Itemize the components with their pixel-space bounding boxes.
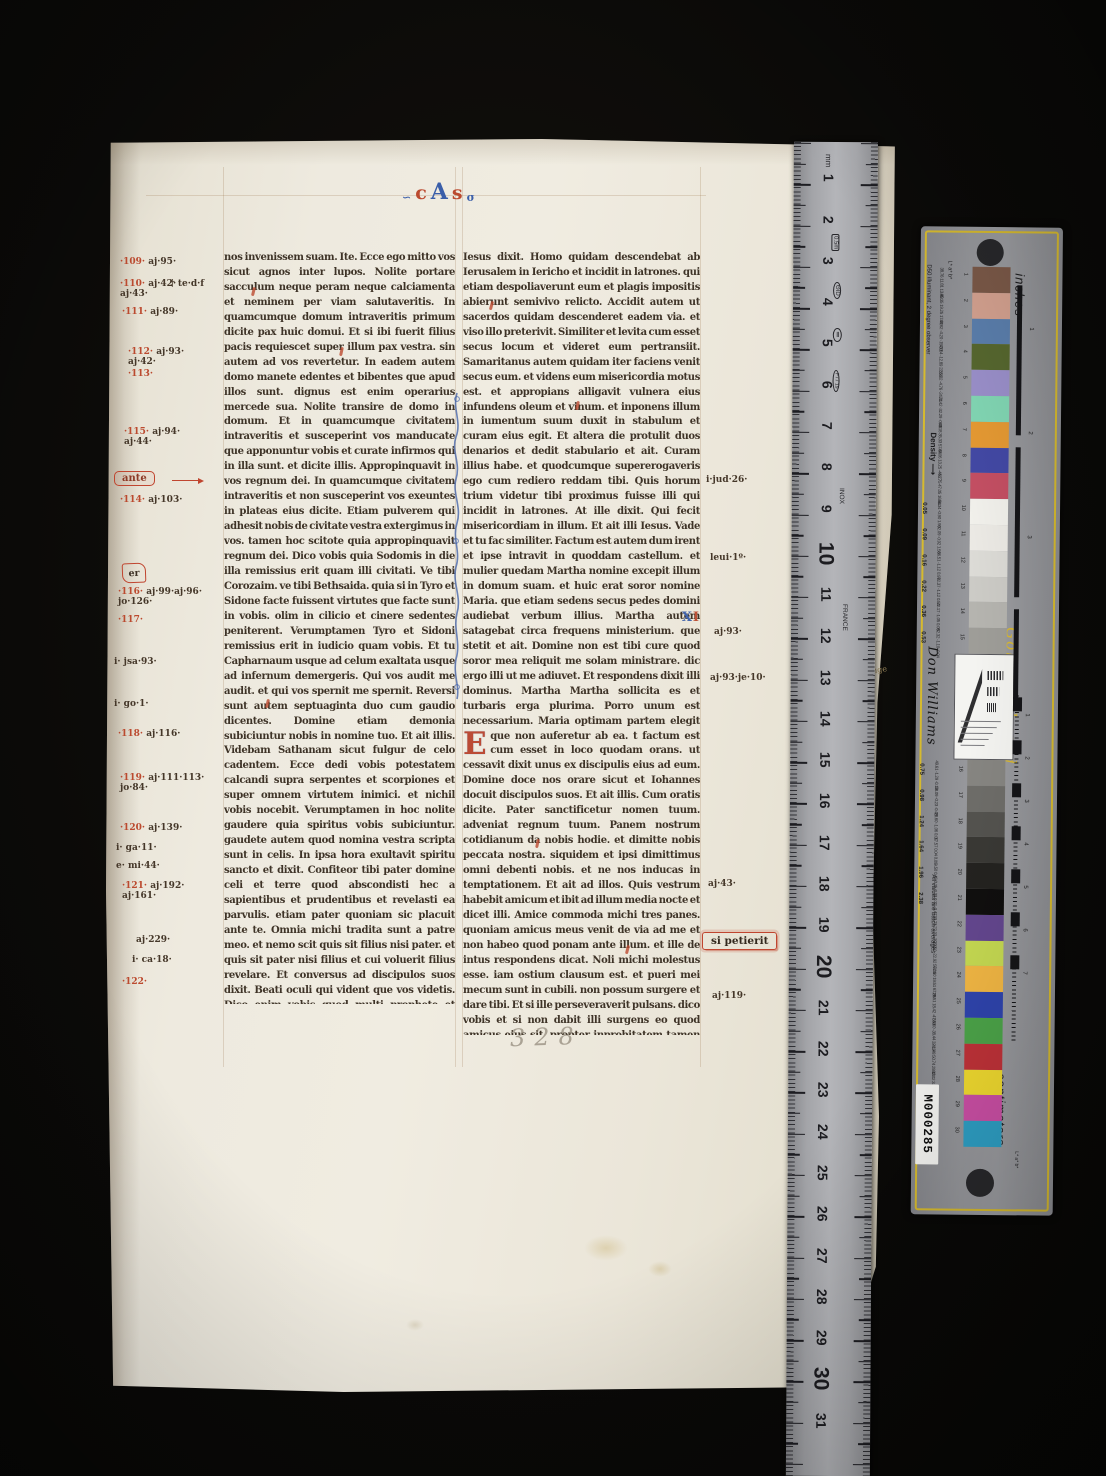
patch-number: 13: [959, 582, 965, 588]
margin-note: aj·93·je·10·: [710, 673, 766, 683]
ruler-number: 22: [815, 1041, 831, 1057]
ruler-cm-tick: [790, 803, 807, 804]
margin-note: ·121· aj·192· aj·161·: [122, 881, 184, 901]
ruler-half-cm-tick: [794, 163, 806, 164]
color-patch: [966, 914, 1004, 940]
ruler-half-cm-tick: [793, 246, 805, 247]
ruler-half-cm-tick: [792, 535, 804, 536]
margin-note: aj·229·: [136, 935, 170, 945]
margin-note-text: ·116·: [118, 587, 143, 597]
ruler-cm-tick: [786, 1464, 803, 1465]
ruler-half-cm-tick: [790, 865, 802, 866]
ruler-cm-tick: [857, 804, 874, 805]
patch-density-value: 2.38: [917, 892, 923, 904]
ruler-half-cm-tick: [862, 824, 874, 825]
ruler-cm-tick: [857, 762, 874, 763]
ruler-half-cm-tick: [793, 287, 805, 288]
ruler-cm-tick: [856, 969, 873, 970]
ruler-number: 10: [813, 542, 837, 566]
margin-note-text: ·113·: [128, 369, 153, 379]
patch-number: 12: [959, 556, 965, 562]
ruler-half-cm-tick: [789, 906, 801, 907]
ruler-half-cm-tick: [861, 907, 873, 908]
ruler-cm-tick: [857, 845, 874, 846]
ruler-cm-tick: [853, 1423, 870, 1424]
ruler-cm-tick: [793, 225, 810, 226]
color-patch-row: 1095.34 -0.90 1.900.05: [970, 499, 1008, 525]
ruler-number: 24: [815, 1124, 831, 1140]
ruler-cm-tick: [855, 1134, 872, 1135]
margin-note-text: i· ca·18·: [132, 955, 172, 965]
margin-note: ·118· aj·116·: [118, 729, 180, 739]
ruler-half-cm-tick: [861, 989, 873, 990]
ruler-half-cm-tick: [863, 618, 875, 619]
metric-ruler: mm 1234567891011121314151617181920212223…: [786, 142, 878, 1476]
margin-note-text: aj·93·: [714, 627, 742, 637]
ruler-half-cm-tick: [862, 742, 874, 743]
color-patch: [971, 370, 1009, 396]
patch-lab-values: 92.09 -0.92 1.56: [936, 525, 941, 553]
ruler-cm-tick: [858, 556, 875, 557]
ruler-cm-tick: [787, 1257, 804, 1258]
stain: [406, 1319, 424, 1331]
color-patch-row: 670.42 -32.29 -0.48: [971, 396, 1009, 422]
ruler-number: 31: [813, 1413, 829, 1429]
margin-note-text: i· ga·11·: [116, 843, 157, 853]
ruler-number: 21: [816, 1000, 832, 1016]
ruler-number: 16: [817, 793, 833, 809]
ruler-number: 19: [816, 917, 832, 933]
ruler-number: 17: [817, 835, 833, 851]
ruler-mark: ΘID: [833, 282, 841, 299]
color-patch: [966, 863, 1004, 889]
ruler-half-cm-tick: [787, 1237, 799, 1238]
color-patch-row: 1828.60 -1.06 0.071.24: [967, 811, 1005, 837]
ruler-half-cm-tick: [788, 1113, 800, 1114]
margin-note-text: aj·93·je·10·: [710, 673, 766, 683]
patch-number: 16: [957, 766, 963, 772]
ruler-cm-tick: [792, 432, 809, 433]
ruler-half-cm-tick: [787, 1360, 799, 1361]
margin-note-text: ·121·: [122, 881, 147, 891]
patch-number: 11: [960, 531, 966, 537]
patch-number: 10: [960, 505, 966, 511]
color-patch: [967, 760, 1005, 786]
cm-scale-bar: [1012, 826, 1021, 840]
cm-scale-number: 6: [1022, 928, 1028, 931]
ruler-cm-tick: [857, 721, 874, 722]
patch-number: 6: [961, 402, 967, 405]
ruler-number: 27: [814, 1247, 830, 1263]
ruler-half-cm-tick: [866, 205, 878, 206]
ruler-mark: INOX: [838, 488, 845, 504]
ruler-cm-tick: [790, 762, 807, 763]
color-patch-row: 349.62 -4.20 -15.33: [972, 318, 1010, 344]
patch-density-value: 0.05: [921, 502, 927, 514]
patch-number: 29: [954, 1101, 960, 1107]
ruler-half-cm-tick: [861, 1031, 873, 1032]
ruler-half-cm-tick: [864, 535, 876, 536]
patch-number: 2: [962, 298, 968, 301]
patch-lab-values: 82.37 -1.12 0.54: [935, 577, 940, 605]
patch-number: 22: [956, 920, 962, 926]
patch-column: 138.76 11.81 13.40265.35 19.25 17.92349.…: [963, 267, 1010, 1147]
ruler-cm-tick: [789, 968, 806, 969]
patch-density-value: 0.09: [921, 528, 927, 540]
si-petierit-label: si petierit: [711, 935, 768, 947]
margin-note-text: ·122·: [122, 977, 147, 987]
cm-scale-bar: [1010, 955, 1019, 969]
ruler-half-cm-tick: [865, 370, 877, 371]
text-column-left: nos invenissem suam. Ite. Ecce ego mitto…: [224, 251, 455, 1004]
ruler-cm-tick: [860, 308, 877, 309]
cm-scale-number: 1: [1024, 713, 1030, 716]
ruler-cm-tick: [789, 886, 806, 887]
color-patch: [964, 1069, 1002, 1095]
ruler-half-cm-tick: [791, 617, 803, 618]
cm-scale-bar: [1011, 869, 1020, 883]
running-header: ∽cAsσ: [402, 169, 475, 203]
resolution-bars: [987, 671, 1003, 680]
resolution-bars: [987, 687, 999, 696]
patch-density-value: 1.24: [918, 815, 924, 827]
color-patch: [966, 889, 1004, 915]
color-patch-row: 2372.50 -22.92 56.06: [965, 940, 1003, 966]
color-patch: [969, 576, 1007, 602]
header-letter: c: [415, 184, 427, 203]
header-letter: ∽: [402, 192, 411, 203]
target-id-text: M000285: [920, 1095, 935, 1155]
color-patch-row: 265.35 19.25 17.92: [972, 293, 1010, 319]
ruler-cm-tick: [854, 1340, 871, 1341]
ruler-number: 29: [814, 1330, 830, 1346]
patch-number: 15: [959, 634, 965, 640]
margin-note: ·116· aj·99·aj·96· jo·126·: [118, 587, 202, 607]
ruler-cm-tick: [791, 638, 808, 639]
ruler-cm-tick: [787, 1216, 804, 1217]
color-patch: [972, 318, 1010, 344]
ruler-cm-tick: [853, 1464, 870, 1465]
ruler-cm-tick: [856, 1010, 873, 1011]
patch-number: 9: [960, 479, 966, 482]
color-patch-row: 1192.09 -0.92 1.560.09: [970, 525, 1008, 551]
cm-scale-number: 5: [1022, 885, 1028, 888]
patch-density-value: 0.22: [920, 580, 926, 592]
ruler-half-cm-tick: [790, 824, 802, 825]
ruler-number: 1: [821, 174, 837, 182]
resolution-bars: [987, 703, 996, 712]
color-patch-row: 2472.10 19.51 67.85: [965, 966, 1003, 992]
cm-scale-bar: [1012, 783, 1021, 797]
lab-header-bottom: L* a* b*: [1013, 1151, 1019, 1168]
column-right-text-before: Iesus dixit. Homo quidam descendebat ab …: [463, 252, 700, 742]
ruler-number: 12: [818, 628, 834, 644]
cm-scale-bar: [1011, 912, 1020, 926]
margin-note: aj·43·: [708, 879, 736, 889]
ruler-cm-tick: [855, 1175, 872, 1176]
ruler-half-cm-tick: [793, 328, 805, 329]
ruler-number: 8: [819, 463, 835, 471]
ruler-cm-tick: [859, 515, 876, 516]
header-letter: A: [431, 181, 448, 203]
ruler-half-cm-tick: [789, 948, 801, 949]
ruler-half-cm-tick: [862, 866, 874, 867]
ruler-unit-label: mm: [824, 154, 833, 167]
margin-note-text: aj·116·: [143, 729, 180, 739]
color-patch-row: 138.76 11.81 13.40: [972, 267, 1010, 293]
color-patch: [963, 1121, 1001, 1147]
ruler-mm-ticks-right: [863, 142, 878, 1476]
color-patch: [969, 551, 1007, 577]
patch-lab-values: 95.34 -0.90 1.90: [936, 500, 941, 528]
ruler-cm-tick: [790, 844, 807, 845]
color-patch: [964, 1095, 1002, 1121]
color-patch: [970, 447, 1008, 473]
ruler-mark: Ⅱ: [833, 328, 842, 342]
margin-note-text: aj·229·: [136, 935, 170, 945]
patch-number: 19: [956, 843, 962, 849]
ruler-half-cm-tick: [860, 1196, 872, 1197]
resolution-test-pattern: [953, 654, 1014, 761]
margin-note-text: ·115·: [124, 427, 149, 437]
ruler-number: 18: [816, 876, 832, 892]
ruler-half-cm-tick: [864, 494, 876, 495]
color-patch-row: 2882.02 3.28 78.79: [964, 1069, 1002, 1095]
color-patch: [965, 992, 1003, 1018]
ruler-half-cm-tick: [860, 1155, 872, 1156]
color-patch: [967, 786, 1005, 812]
margin-note: ·114· aj·103·: [120, 495, 182, 505]
color-patch-row: 1472.17 -1.05 0.080.36: [969, 602, 1007, 628]
ruler-mark: 0.5m: [831, 234, 839, 251]
ruler-number: 14: [817, 711, 833, 727]
ruler-cm-tick: [860, 226, 877, 227]
color-calibration-target: inches centimeters Golden Thread Don Wil…: [911, 226, 1063, 1215]
patch-lab-values: 9.50 0.45 0.25: [932, 864, 937, 889]
stain: [584, 1235, 628, 1261]
margin-note-text: aj·89·: [147, 307, 178, 317]
ruler-cm-tick: [788, 1175, 805, 1176]
ruler-cm-tick: [855, 1051, 872, 1052]
patch-number: 8: [961, 453, 967, 456]
ruler-cm-tick: [787, 1299, 804, 1300]
ruler-cm-tick: [788, 1133, 805, 1134]
color-patch: [965, 966, 1003, 992]
margin-note-text: i· jsa·93·: [114, 657, 157, 667]
color-patch-row: 2952.85 45.90 -12.86: [964, 1095, 1002, 1121]
color-patch: [970, 499, 1008, 525]
patch-number: 26: [955, 1024, 961, 1030]
patch-number: 14: [959, 608, 965, 614]
ante-label: ante: [122, 473, 147, 484]
illuminant-note: D50 illuminant, 2 degree observer: [925, 264, 932, 354]
color-patch-row: 214.33 0.32 -0.472.38: [966, 889, 1004, 915]
color-patch: [967, 811, 1005, 837]
ruler-half-cm-tick: [866, 164, 878, 165]
inch-scale-number: 1: [1028, 327, 1034, 330]
ruling-line: [455, 167, 456, 1067]
binding-gutter: [106, 139, 140, 1392]
margin-note-text: ·118·: [118, 729, 143, 739]
ruler-cm-tick: [855, 1093, 872, 1094]
margin-note: ·110· aj·42· aj·43·: [120, 279, 176, 299]
ruler-number: 23: [815, 1082, 831, 1098]
ruler-half-cm-tick: [790, 783, 802, 784]
ruler-half-cm-tick: [792, 411, 804, 412]
ruler-half-cm-tick: [790, 741, 802, 742]
ruler-number: 5: [820, 339, 836, 347]
margin-note: aj·93·: [714, 627, 742, 637]
ruler-cm-tick: [861, 184, 878, 185]
ruler-cm-tick: [861, 143, 878, 144]
color-patch-row: 1917.57 0.04 0.091.64: [966, 837, 1004, 863]
ante-arrow-flourish: [172, 480, 202, 481]
ruler-cm-tick: [788, 1092, 805, 1093]
ruler-half-cm-tick: [859, 1361, 871, 1362]
patch-number: 3: [962, 324, 968, 327]
ruler-half-cm-tick: [788, 1154, 800, 1155]
ruler-cm-tick: [860, 350, 877, 351]
cm-scale-number: 4: [1023, 842, 1029, 845]
patch-lab-values: 4.33 0.32 -0.47: [932, 889, 937, 915]
ruler-cm-tick: [793, 349, 810, 350]
patch-number: 23: [955, 946, 961, 952]
patch-lab-values: 17.57 0.04 0.09: [932, 838, 937, 865]
ruler-number: 30: [808, 1367, 832, 1391]
margin-note: ·122·: [122, 977, 147, 987]
margin-note-text: ·110·: [120, 279, 145, 289]
color-patch: [969, 602, 1007, 628]
ruler-cm-tick: [859, 432, 876, 433]
chapter-number: XI: [682, 611, 700, 626]
color-patch: [964, 1018, 1002, 1044]
cm-scale-bar: [1013, 697, 1022, 711]
ruler-cm-tick: [856, 927, 873, 928]
ruler-cm-tick: [789, 927, 806, 928]
margin-note: i· go·1·: [114, 699, 149, 709]
ruler-cm-tick: [786, 1422, 803, 1423]
ruler-cm-tick: [789, 1010, 806, 1011]
color-patch: [972, 267, 1010, 293]
lab-header-top: L* a* b*: [946, 261, 952, 280]
ruler-half-cm-tick: [864, 453, 876, 454]
ruler-half-cm-tick: [791, 700, 803, 701]
patch-number: 25: [955, 998, 961, 1004]
patch-density-value: 0.75: [918, 763, 924, 775]
ruling-line: [700, 167, 701, 1067]
ruler-mark: FRANCE: [841, 604, 848, 631]
ruler-cm-tick: [856, 886, 873, 887]
patch-density-value: 0.16: [920, 554, 926, 566]
ruler-half-cm-tick: [862, 783, 874, 784]
page-top-shade: [106, 139, 898, 165]
inch-scale-bar: [1016, 285, 1023, 435]
ruler-cm-tick: [792, 514, 809, 515]
ruler-half-cm-tick: [791, 659, 803, 660]
registration-circle-top: [977, 239, 1004, 266]
microtext-line: [961, 733, 993, 734]
margin-note-text: i·jud·26·: [706, 475, 747, 485]
ruler-mark: F77 19: [832, 370, 839, 392]
ruler-half-cm-tick: [864, 411, 876, 412]
margin-note-text: aj·95·: [145, 257, 176, 267]
color-patch-row: 951.75 47.05 16.94: [970, 473, 1008, 499]
color-patch-row: 2741.48 50.74 29.18: [964, 1043, 1002, 1069]
margin-note: i·jud·26·: [706, 475, 747, 485]
margin-note-text: ·112·: [128, 347, 153, 357]
patch-number: 24: [955, 972, 961, 978]
patch-density-value: 1.96: [917, 866, 923, 878]
patch-number: 7: [961, 427, 967, 430]
color-patch-row: 1286.51 -1.12 0.970.16: [969, 551, 1007, 577]
ruler-cm-tick: [793, 267, 810, 268]
ruler-number: 20: [811, 954, 835, 978]
ruler-cm-tick: [786, 1381, 803, 1382]
ruler-cm-tick: [858, 680, 875, 681]
ruler-cm-tick: [792, 473, 809, 474]
margin-note-text: ·120·: [120, 823, 145, 833]
color-patch-row: 209.50 0.45 0.251.96: [966, 863, 1004, 889]
margin-note: i· ga·11·: [116, 843, 157, 853]
ruler-half-cm-tick: [787, 1319, 799, 1320]
ruler-cm-tick: [853, 1382, 870, 1383]
ruler-half-cm-tick: [861, 948, 873, 949]
ruler-number: 2: [821, 215, 837, 223]
margin-note: ·112· aj·93· aj·42·: [128, 347, 184, 367]
ruler-half-cm-tick: [789, 989, 801, 990]
ruler-half-cm-tick: [860, 1113, 872, 1114]
chapter-number-i: I: [693, 610, 700, 625]
color-patch-row: 2529.51 18.42 -47.49: [965, 992, 1003, 1018]
color-patch: [969, 628, 1007, 654]
ruler-half-cm-tick: [863, 659, 875, 660]
si-petierit-cartouche: si petierit: [702, 932, 777, 950]
ruler-half-cm-tick: [792, 494, 804, 495]
ruler-cm-tick: [791, 556, 808, 557]
ruler-half-cm-tick: [792, 452, 804, 453]
ruler-number: 28: [814, 1289, 830, 1305]
ruler-half-cm-tick: [858, 1402, 870, 1403]
color-patch-row: 555.32 -4.76 -24.31: [971, 370, 1009, 396]
ante-cartouche: ante: [114, 471, 155, 486]
ruler-half-cm-tick: [860, 1072, 872, 1073]
margin-note-text: aj·43·: [708, 879, 736, 889]
margin-note-text: ·119·: [120, 773, 145, 783]
ruler-cm-tick: [860, 267, 877, 268]
ruler-number: 25: [815, 1165, 831, 1181]
ruler-half-cm-tick: [858, 1443, 870, 1444]
inch-scale-number: 3: [1026, 535, 1032, 538]
margin-note: ·109· aj·95·: [120, 257, 176, 267]
inch-scale-number: 2: [1027, 431, 1033, 434]
margin-note: ·117·: [118, 615, 143, 625]
patch-density-value: 0.36: [920, 606, 926, 618]
ruler-number: 11: [818, 587, 834, 602]
margin-note-text: aj·119·: [712, 991, 746, 1001]
margin-note: aj·119·: [712, 991, 746, 1001]
cm-scale-number: 3: [1023, 799, 1029, 802]
ruler-cm-tick: [791, 597, 808, 598]
decorated-initial: E: [463, 731, 486, 758]
margin-note: leui·1º·: [710, 553, 746, 563]
column-left-text: nos invenissem suam. Ite. Ecce ego mitto…: [224, 252, 455, 1004]
ruler-half-cm-tick: [786, 1402, 798, 1403]
margin-note: ·111· aj·89·: [122, 307, 178, 317]
chapter-number-x: X: [682, 610, 693, 625]
ruler-number: 15: [817, 752, 833, 768]
color-patch: [964, 1043, 1002, 1069]
color-patch-row: 443.54 -12.89 22.66: [972, 344, 1010, 370]
